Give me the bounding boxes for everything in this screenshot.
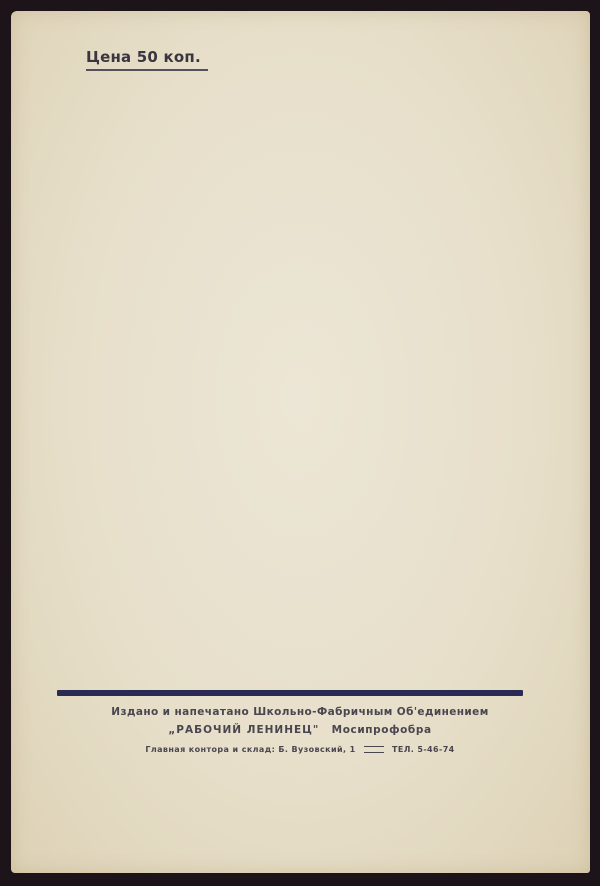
double-line-separator-icon — [364, 746, 384, 753]
imprint-brand-line: „РАБОЧИЙ ЛЕНИНЕЦ" Мосипрофобра — [0, 724, 600, 736]
imprint-address-line: Главная контора и склад: Б. Вузовский, 1… — [0, 745, 600, 754]
phone-text: ТЕЛ. 5-46-74 — [392, 745, 455, 754]
organization-name: Мосипрофобра — [332, 724, 432, 736]
brand-name: „РАБОЧИЙ ЛЕНИНЕЦ" — [168, 724, 319, 736]
horizontal-rule — [57, 690, 523, 696]
price-underline — [86, 69, 208, 71]
price-label: Цена 50 коп. — [86, 48, 201, 66]
imprint-publisher-line: Издано и напечатано Школьно-Фабричным Об… — [0, 706, 600, 718]
address-text: Главная контора и склад: Б. Вузовский, 1 — [145, 745, 355, 754]
book-back-cover — [11, 11, 590, 873]
